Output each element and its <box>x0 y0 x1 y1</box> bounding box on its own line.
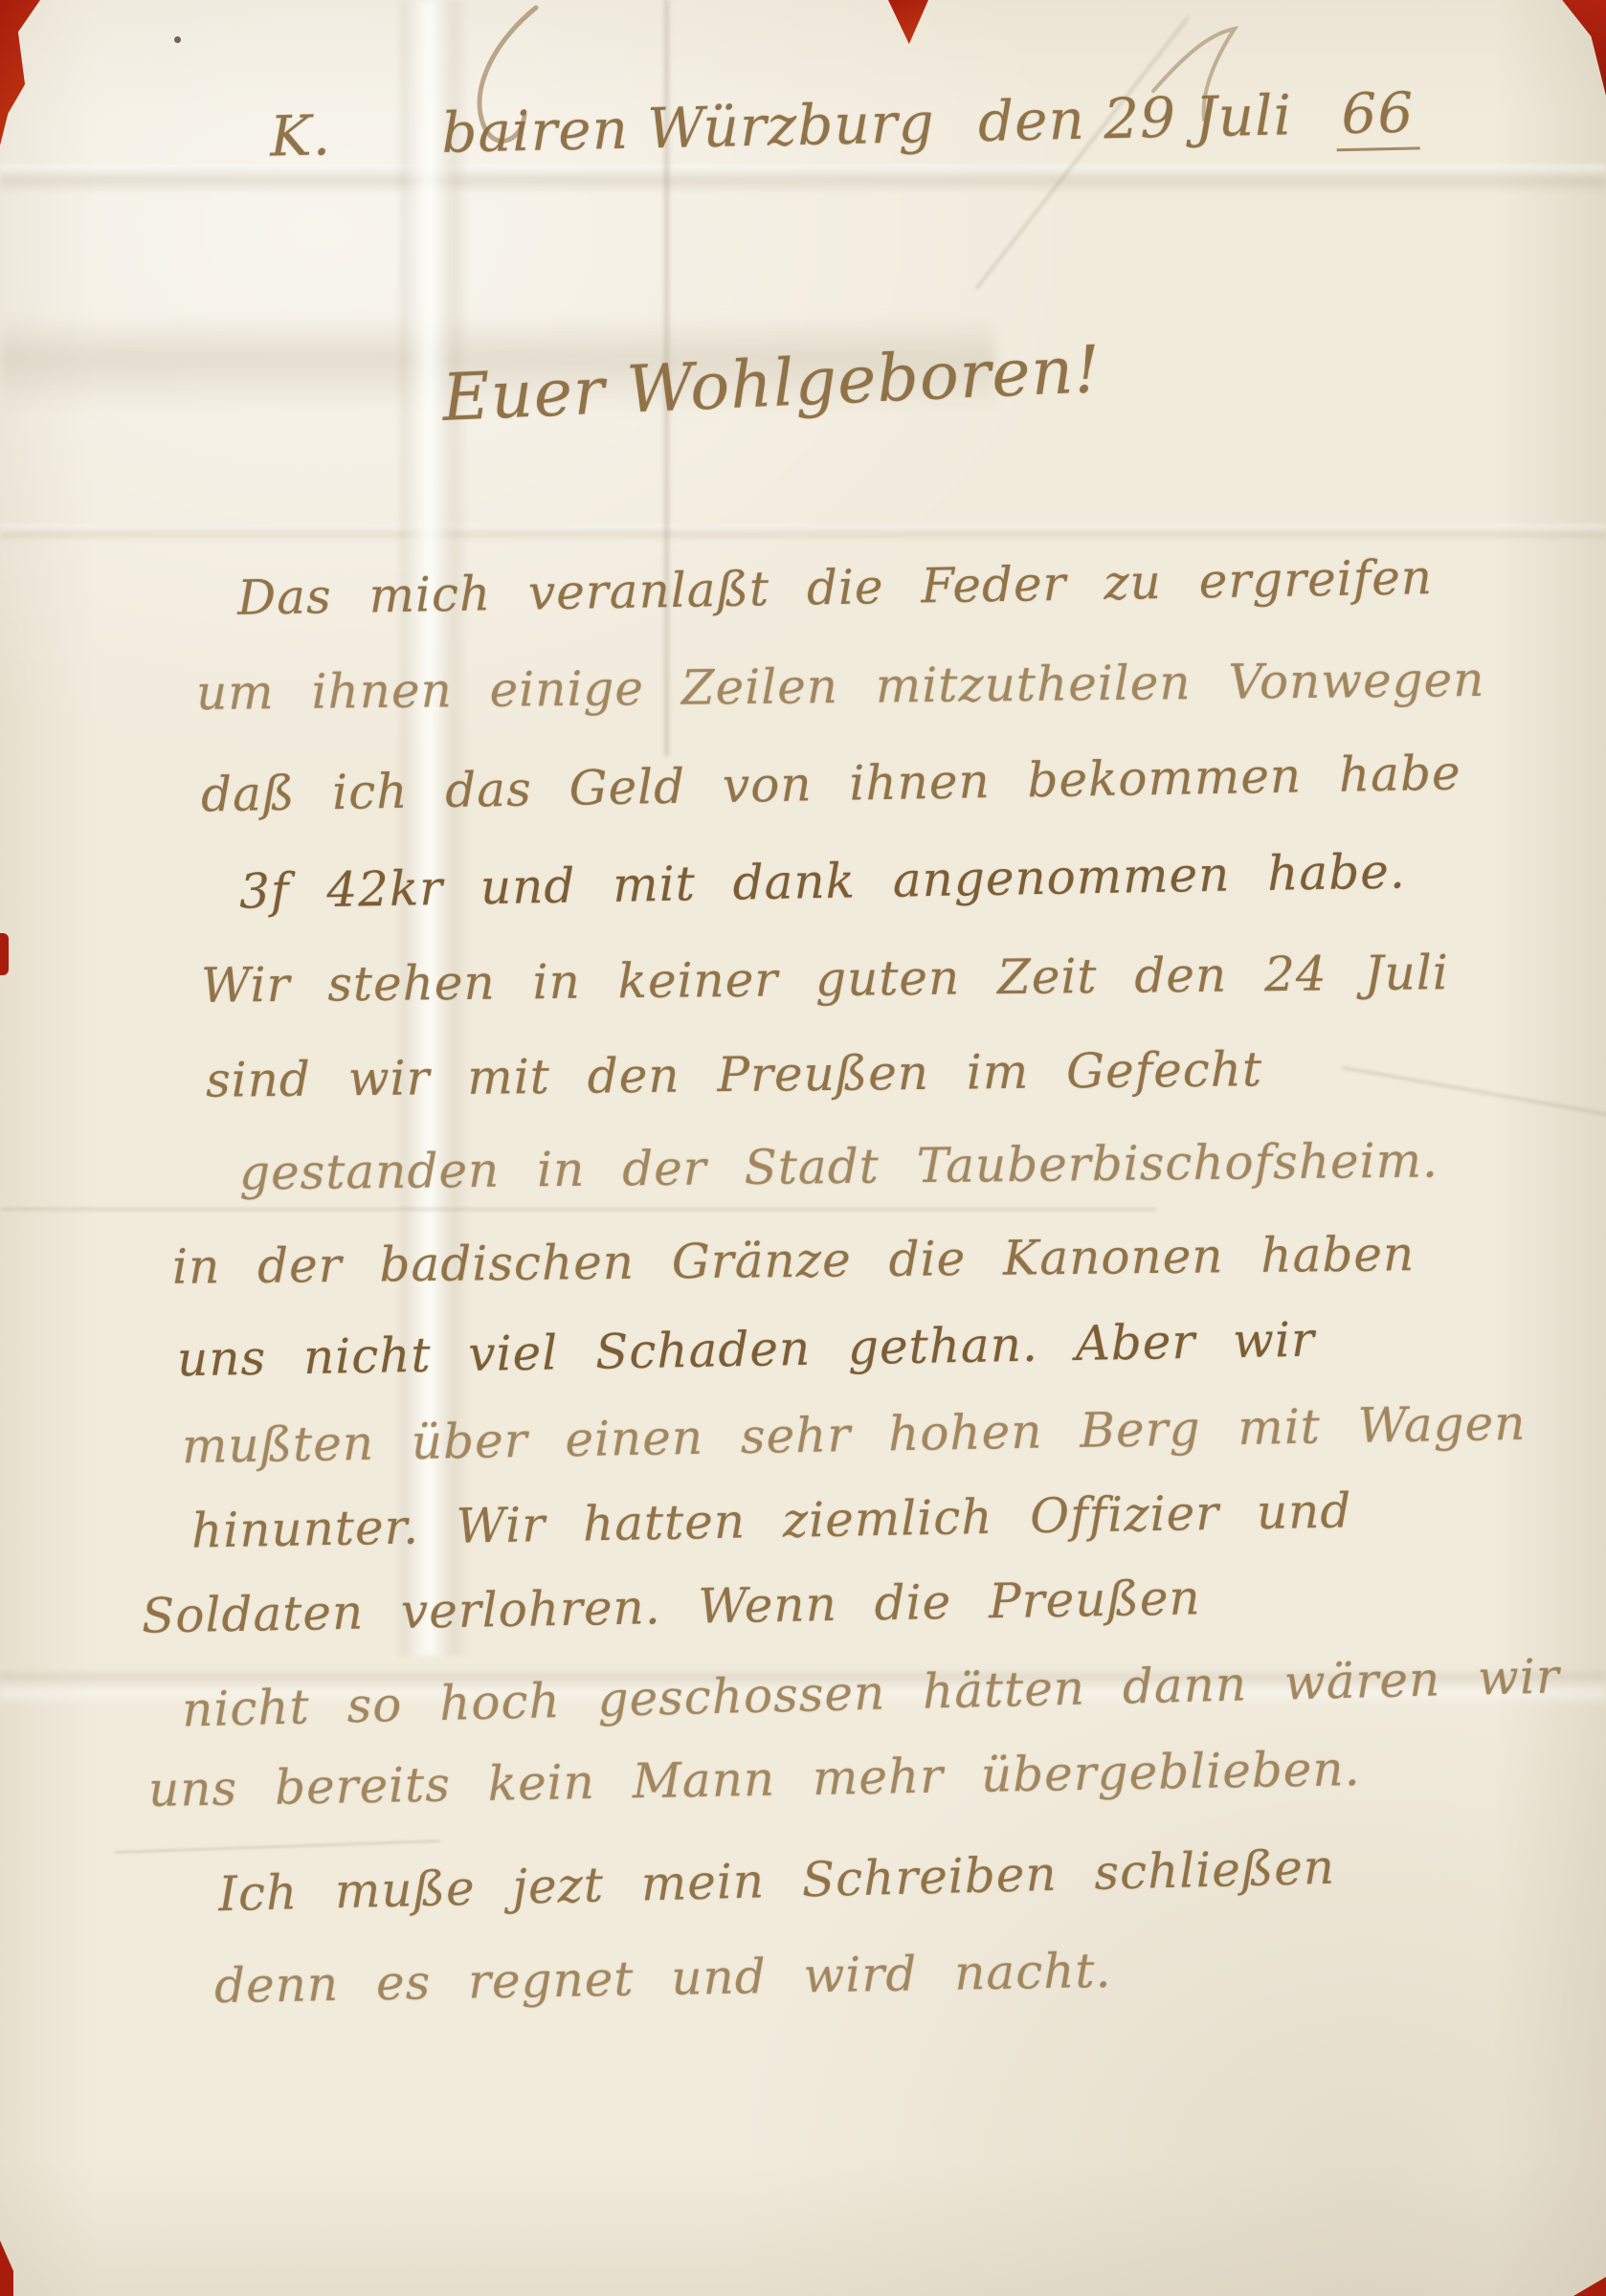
fold-crease-horizontal-5 <box>115 1839 440 1854</box>
corner-background-top-right <box>1556 0 1606 96</box>
letter-line: denn es regnet und wird nacht. <box>214 1943 1112 2014</box>
letter-line: um ihnen einige Zeilen mitzutheilen Vonw… <box>196 652 1485 721</box>
fold-crease-horizontal-2 <box>0 524 1606 540</box>
letter-line: sind wir mit den Preußen im Gefecht <box>206 1041 1263 1108</box>
ink-speck <box>174 36 181 43</box>
letter-line: daß ich das Geld von ihnen bekommen habe <box>201 746 1461 823</box>
salutation: Euer Wohlgeboren! <box>441 332 1103 436</box>
letter-line: hinunter. Wir hatten ziemlich Offizier u… <box>191 1482 1352 1558</box>
corner-background-bottom-left <box>0 2240 13 2296</box>
fold-crease-vertical-left <box>400 0 469 1656</box>
letter-line: mußten über einen sehr hohen Berg mit Wa… <box>182 1395 1527 1475</box>
header-abbreviation: K. <box>269 102 331 168</box>
header-year-underlined: 66 <box>1335 79 1420 151</box>
edge-background-left <box>0 933 9 975</box>
letter-line: uns nicht viel Schaden gethan. Aber wir <box>177 1312 1316 1388</box>
fold-crease-diagonal-right <box>1342 1066 1606 1119</box>
letter-line: gestanden in der Stadt Tauberbischofshei… <box>239 1132 1439 1200</box>
corner-background-bottom-right <box>1573 2277 1606 2296</box>
letter-line: Das mich veranlaßt die Feder zu ergreife… <box>237 549 1434 626</box>
letter-line: nicht so hoch geschossen hätten dann wär… <box>182 1648 1561 1737</box>
header-place: bairen Würzburg <box>441 90 936 166</box>
letter-line: in der badischen Gränze die Kanonen habe… <box>172 1226 1416 1295</box>
letter-line: Wir stehen in keiner guten Zeit den 24 J… <box>201 945 1449 1014</box>
letter-header-dateline: K. bairen Würzburg den 29 Juli 66 <box>269 79 1420 168</box>
corner-background-top-left <box>0 0 40 145</box>
letter-line: Ich muße jezt mein Schreiben schließen <box>217 1839 1335 1922</box>
letter-line: uns bereits kein Mann mehr übergeblieben… <box>148 1741 1361 1817</box>
fold-crease-horizontal-3 <box>0 1208 1156 1211</box>
fold-crease-horizontal-top <box>0 165 1606 193</box>
header-date: den 29 Juli <box>977 82 1293 154</box>
letter-scan: K. bairen Würzburg den 29 Juli 66 Euer W… <box>0 0 1606 2296</box>
corner-background-top-middle <box>888 0 928 44</box>
letter-line: Soldaten verlohren. Wenn die Preußen <box>142 1570 1202 1643</box>
letter-line: 3f 42kr und mit dank angenommen habe. <box>239 843 1407 919</box>
